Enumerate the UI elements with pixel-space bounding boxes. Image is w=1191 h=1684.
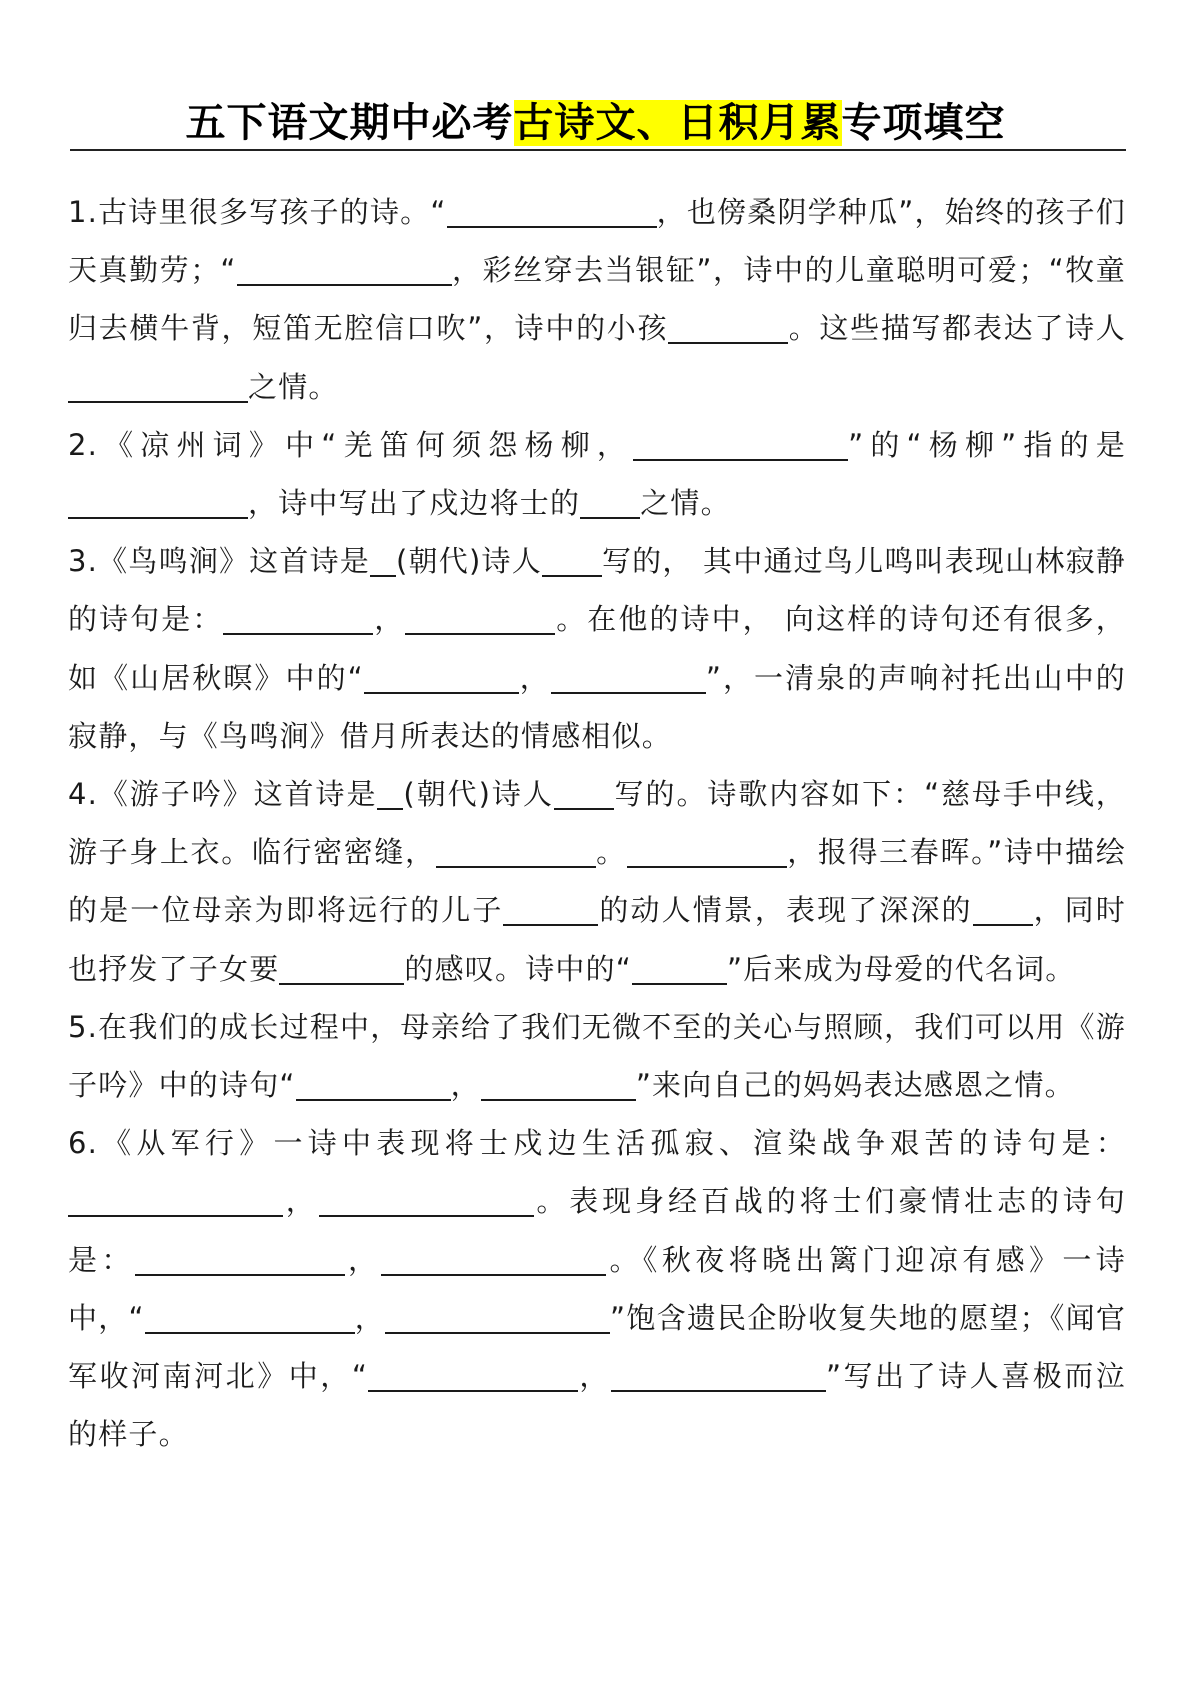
question-text: ”来向自己的妈妈表达感恩之情。: [636, 1068, 1075, 1102]
fill-in-blank[interactable]: [296, 1065, 451, 1101]
question-text: 。这些描写都表达了诗人: [788, 311, 1126, 345]
question-list: 1.古诗里很多写孩子的诗。“，也傍桑阴学种瓜”，始终的孩子们天真勤劳；“，彩丝穿…: [68, 183, 1126, 1463]
fill-in-blank[interactable]: [68, 1181, 283, 1217]
fill-in-blank[interactable]: [611, 1356, 826, 1392]
question-number: 6.: [68, 1126, 98, 1160]
fill-in-blank[interactable]: [580, 483, 640, 519]
question-text: ”的“杨柳”指的是: [848, 428, 1126, 462]
fill-in-blank[interactable]: [370, 541, 396, 577]
fill-in-blank[interactable]: [319, 1181, 534, 1217]
question-3: 3.《鸟鸣涧》这首诗是(朝代)诗人写的， 其中通过鸟儿鸣叫表现山林寂静的诗句是：…: [68, 532, 1126, 765]
question-text: ，诗中写出了戍边将士的: [248, 486, 580, 520]
question-text: 之情。: [640, 486, 731, 520]
question-text: 《凉州词》中“羌笛何须怨杨柳，: [98, 428, 633, 462]
question-text: 的动人情景，表现了深深的: [598, 893, 972, 927]
fill-in-blank[interactable]: [377, 774, 403, 810]
fill-in-blank[interactable]: [436, 832, 596, 868]
fill-in-blank[interactable]: [633, 425, 848, 461]
question-number: 3.: [68, 544, 98, 578]
fill-in-blank[interactable]: [68, 367, 248, 403]
question-text: 的感叹。诗中的“: [404, 952, 632, 986]
question-6: 6.《从军行》一诗中表现将士戍边生活孤寂、渲染战争艰苦的诗句是：，。表现身经百战…: [68, 1114, 1126, 1463]
title-prefix: 五下语文期中必考: [186, 100, 514, 146]
fill-in-blank[interactable]: [447, 192, 657, 228]
fill-in-blank[interactable]: [481, 1065, 636, 1101]
fill-in-blank[interactable]: [632, 949, 727, 985]
question-number: 2.: [68, 428, 98, 462]
fill-in-blank[interactable]: [385, 1298, 610, 1334]
fill-in-blank[interactable]: [551, 658, 706, 694]
question-5: 5.在我们的成长过程中，母亲给了我们无微不至的关心与照顾，我们可以用《游子吟》中…: [68, 998, 1126, 1114]
question-1: 1.古诗里很多写孩子的诗。“，也傍桑阴学种瓜”，始终的孩子们天真勤劳；“，彩丝穿…: [68, 183, 1126, 416]
fill-in-blank[interactable]: [973, 890, 1033, 926]
fill-in-blank[interactable]: [668, 308, 788, 344]
question-text: 古诗里很多写孩子的诗。“: [98, 195, 447, 229]
question-text: 之情。: [248, 370, 339, 404]
page-header: 五下语文期中必考古诗文、日积月累专项填空: [0, 96, 1191, 150]
fill-in-blank[interactable]: [68, 483, 248, 519]
question-text: ，: [355, 1301, 385, 1335]
question-text: 《从军行》一诗中表现将士戍边生活孤寂、渲染战争艰苦的诗句是：: [98, 1126, 1126, 1160]
question-number: 1.: [68, 195, 98, 229]
fill-in-blank[interactable]: [381, 1240, 606, 1276]
question-text: (朝代)诗人: [396, 544, 542, 578]
fill-in-blank[interactable]: [135, 1240, 345, 1276]
question-2: 2.《凉州词》中“羌笛何须怨杨柳，”的“杨柳”指的是，诗中写出了戍边将士的之情。: [68, 416, 1126, 532]
question-text: 《游子吟》这首诗是: [98, 777, 377, 811]
question-number: 5.: [68, 1010, 98, 1044]
question-text: ”后来成为母爱的代名词。: [727, 952, 1075, 986]
fill-in-blank[interactable]: [145, 1298, 355, 1334]
fill-in-blank[interactable]: [542, 541, 602, 577]
page-title: 五下语文期中必考古诗文、日积月累专项填空: [186, 96, 1006, 150]
fill-in-blank[interactable]: [223, 599, 373, 635]
question-text: ，: [451, 1068, 481, 1102]
question-text: ，: [373, 602, 405, 636]
question-text: 。: [596, 835, 627, 869]
title-highlight: 古诗文、日积月累: [514, 100, 842, 146]
title-divider: [70, 149, 1126, 151]
question-text: ，: [578, 1359, 611, 1393]
question-text: ，: [345, 1243, 382, 1277]
question-text: 《鸟鸣涧》这首诗是: [98, 544, 370, 578]
question-text: ，: [283, 1184, 319, 1218]
title-suffix: 专项填空: [842, 100, 1006, 146]
question-text: (朝代)诗人: [403, 777, 553, 811]
question-4: 4.《游子吟》这首诗是(朝代)诗人写的。诗歌内容如下：“慈母手中线，游子身上衣。…: [68, 765, 1126, 998]
fill-in-blank[interactable]: [364, 658, 519, 694]
fill-in-blank[interactable]: [627, 832, 787, 868]
fill-in-blank[interactable]: [279, 949, 404, 985]
question-number: 4.: [68, 777, 98, 811]
fill-in-blank[interactable]: [405, 599, 555, 635]
fill-in-blank[interactable]: [503, 890, 598, 926]
fill-in-blank[interactable]: [237, 250, 452, 286]
question-text: ，: [519, 661, 551, 695]
fill-in-blank[interactable]: [554, 774, 614, 810]
fill-in-blank[interactable]: [368, 1356, 578, 1392]
